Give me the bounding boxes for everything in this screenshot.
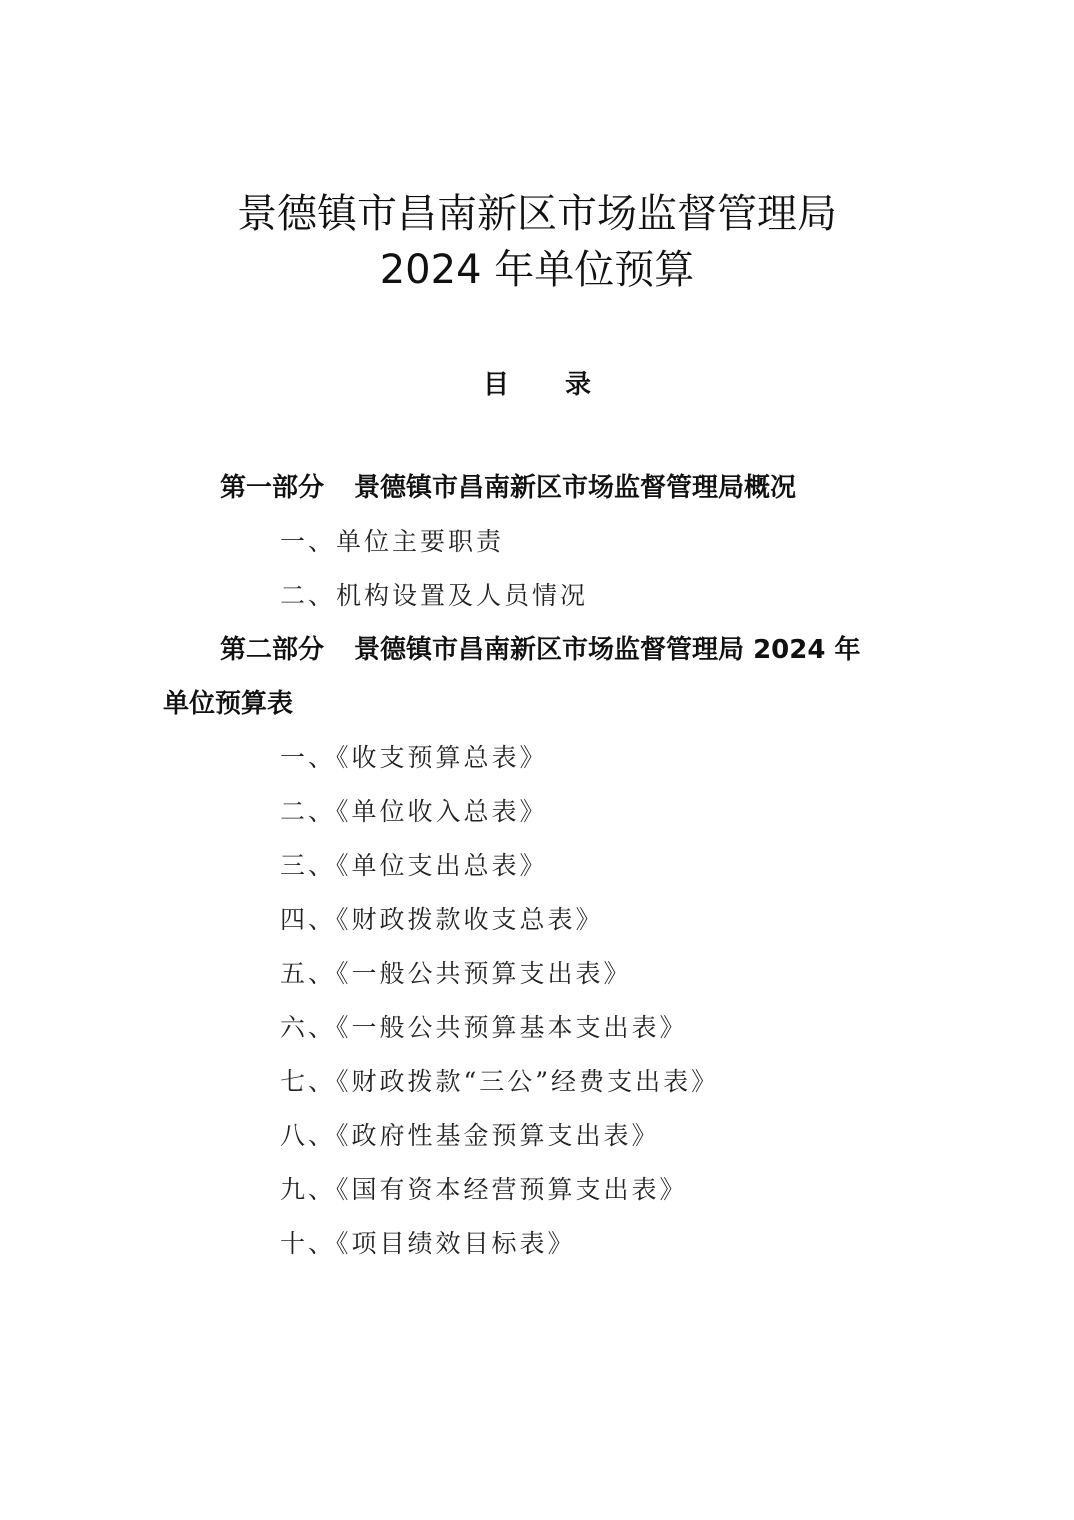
part1-title: 景德镇市昌南新区市场监督管理局概况 (354, 473, 796, 503)
toc-item[interactable]: 二、机构设置及人员情况 (280, 580, 588, 612)
toc-item[interactable]: 二、《单位收入总表》 (280, 796, 548, 828)
part2-heading-continued: 单位预算表 (163, 688, 293, 720)
toc-item[interactable]: 一、单位主要职责 (280, 526, 504, 558)
toc-item[interactable]: 九、《国有资本经营预算支出表》 (280, 1174, 688, 1206)
part1-label: 第一部分 (220, 473, 324, 503)
part2-heading: 第二部分景德镇市昌南新区市场监督管理局 2024 年 (220, 634, 860, 666)
toc-item[interactable]: 七、《财政拨款“三公”经费支出表》 (280, 1066, 719, 1098)
toc-heading: 目录 (0, 364, 1074, 401)
document-title-line1: 景德镇市昌南新区市场监督管理局 (0, 190, 1074, 238)
toc-item[interactable]: 一、《收支预算总表》 (280, 742, 548, 774)
toc-item[interactable]: 四、《财政拨款收支总表》 (280, 904, 604, 936)
part1-heading: 第一部分景德镇市昌南新区市场监督管理局概况 (220, 472, 796, 504)
part2-label: 第二部分 (220, 635, 324, 665)
toc-item[interactable]: 十、《项目绩效目标表》 (280, 1228, 576, 1260)
part2-title: 景德镇市昌南新区市场监督管理局 2024 年 (354, 635, 860, 665)
toc-item[interactable]: 六、《一般公共预算基本支出表》 (280, 1012, 688, 1044)
toc-item[interactable]: 八、《政府性基金预算支出表》 (280, 1120, 660, 1152)
toc-item[interactable]: 三、《单位支出总表》 (280, 850, 548, 882)
toc-item[interactable]: 五、《一般公共预算支出表》 (280, 958, 632, 990)
document-title-line2: 2024 年单位预算 (0, 246, 1074, 294)
